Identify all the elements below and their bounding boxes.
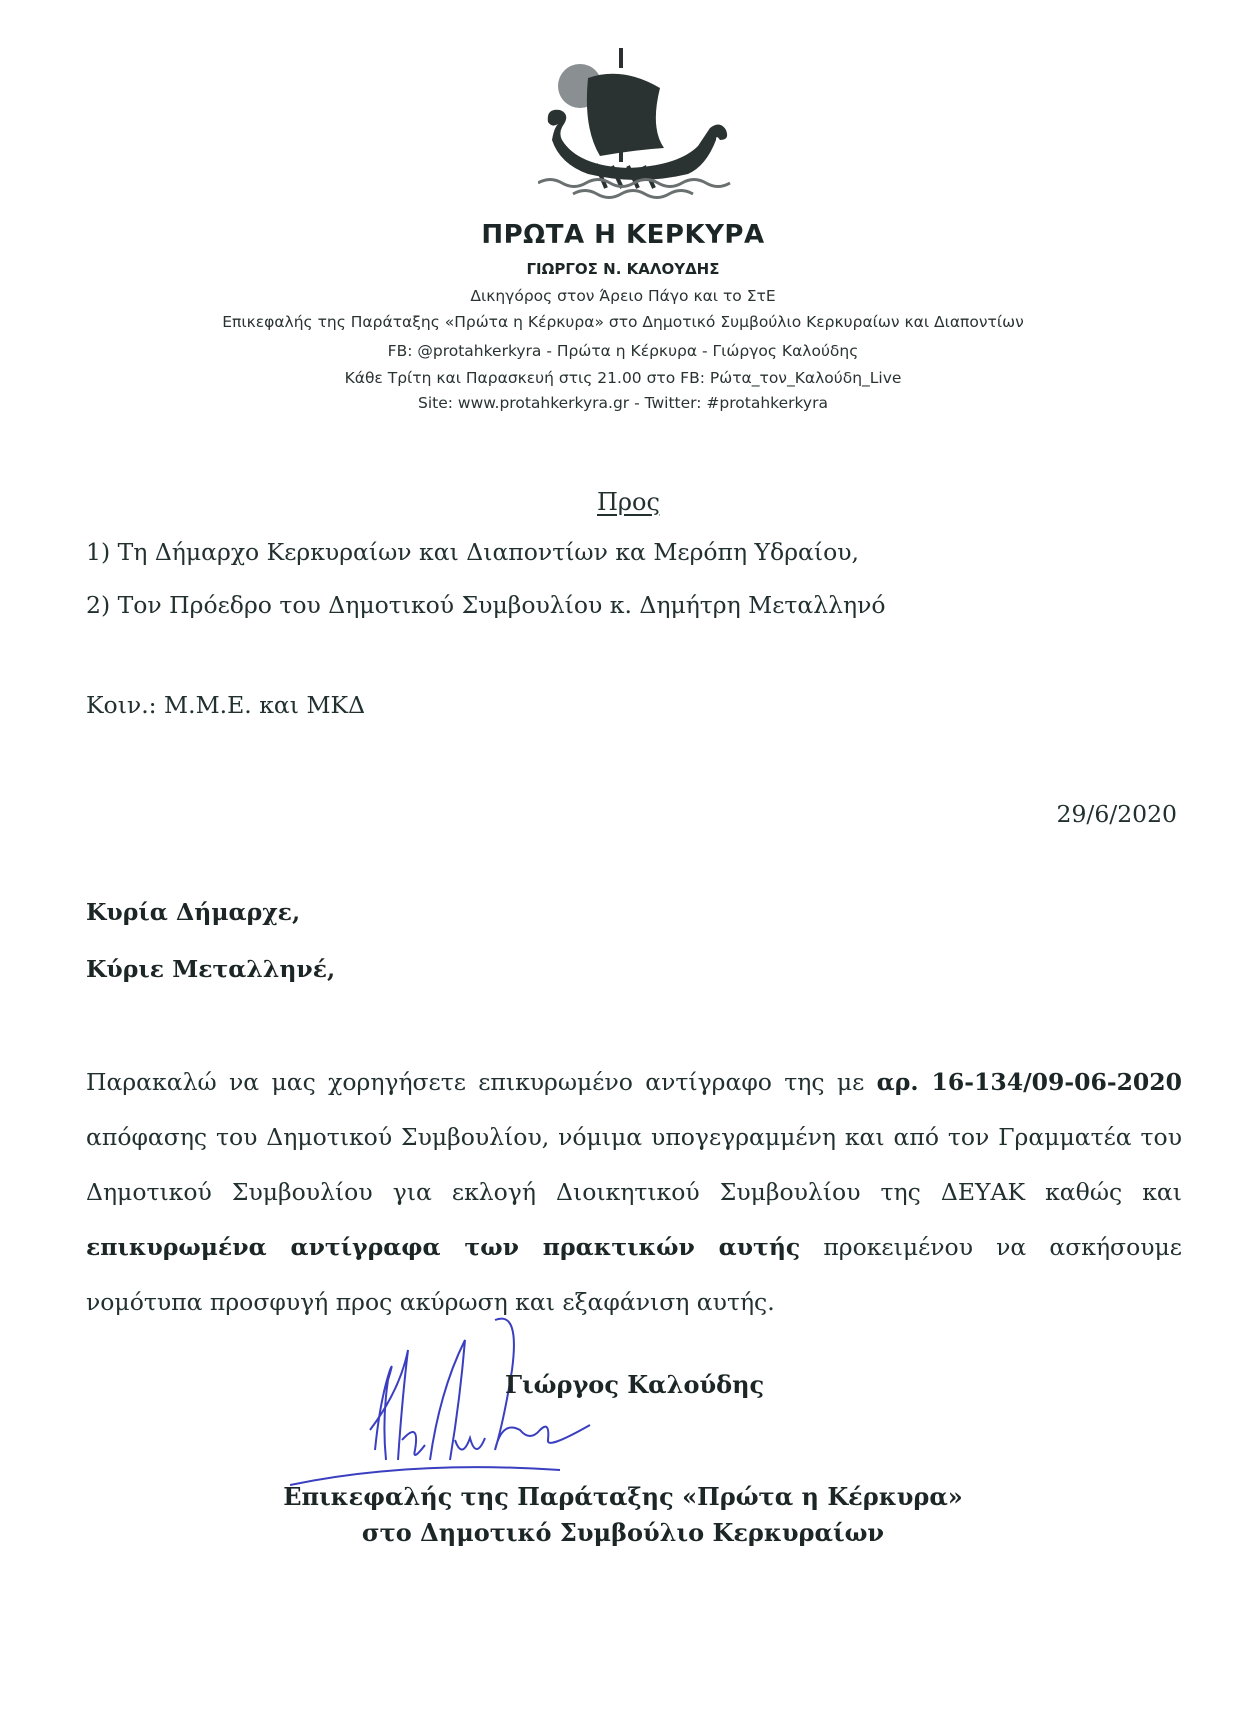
header-live-schedule: Κάθε Τρίτη και Παρασκευή στις 21.00 στο … (0, 369, 1246, 387)
body-text: απόφασης του Δημοτικού Συμβουλίου, νόμιμ… (86, 1123, 1182, 1206)
person-name: ΓΙΩΡΓΟΣ Ν. ΚΑΛΟΥΔΗΣ (0, 260, 1246, 278)
signatory-name: Γιώργος Καλούδης (505, 1370, 764, 1399)
body-paragraph: Παρακαλώ να μας χορηγήσετε επικυρωμένο α… (86, 1055, 1182, 1330)
salutation: Κύριε Μεταλληνέ, (86, 955, 335, 983)
letter-date: 29/6/2020 (1057, 800, 1178, 828)
recipient-item: 1) Τη Δήμαρχο Κερκυραίων και Διαποντίων … (86, 538, 859, 566)
handwritten-signature (290, 1310, 670, 1510)
cc-line: Κοιν.: Μ.Μ.Ε. και ΜΚΔ (86, 691, 365, 719)
body-text: Παρακαλώ να μας χορηγήσετε επικυρωμένο α… (86, 1068, 877, 1096)
decision-number: αρ. 16-134/09-06-2020 (877, 1068, 1182, 1096)
org-title: ΠΡΩΤΑ Η ΚΕΡΚΥΡΑ (0, 220, 1246, 250)
body-emphasis: επικυρωμένα αντίγραφα των πρακτικών αυτή… (86, 1233, 800, 1261)
signatory-title: στο Δημοτικό Συμβούλιο Κερκυραίων (0, 1518, 1246, 1547)
header-position: Επικεφαλής της Παράταξης «Πρώτα η Κέρκυρ… (0, 313, 1246, 331)
salutation: Κυρία Δήμαρχε, (86, 898, 300, 926)
signatory-title: Επικεφαλής της Παράταξης «Πρώτα η Κέρκυρ… (0, 1482, 1246, 1511)
recipient-item: 2) Τον Πρόεδρο του Δημοτικού Συμβουλίου … (86, 591, 886, 619)
header-site-twitter: Site: www.protahkerkyra.gr - Twitter: #p… (0, 394, 1246, 412)
recipients-heading: Προς (597, 488, 660, 516)
ship-logo-icon (538, 48, 738, 210)
header-profession: Δικηγόρος στον Άρειο Πάγο και το ΣτΕ (0, 287, 1246, 305)
header-facebook: FB: @protahkerkyra - Πρώτα η Κέρκυρα - Γ… (0, 342, 1246, 360)
